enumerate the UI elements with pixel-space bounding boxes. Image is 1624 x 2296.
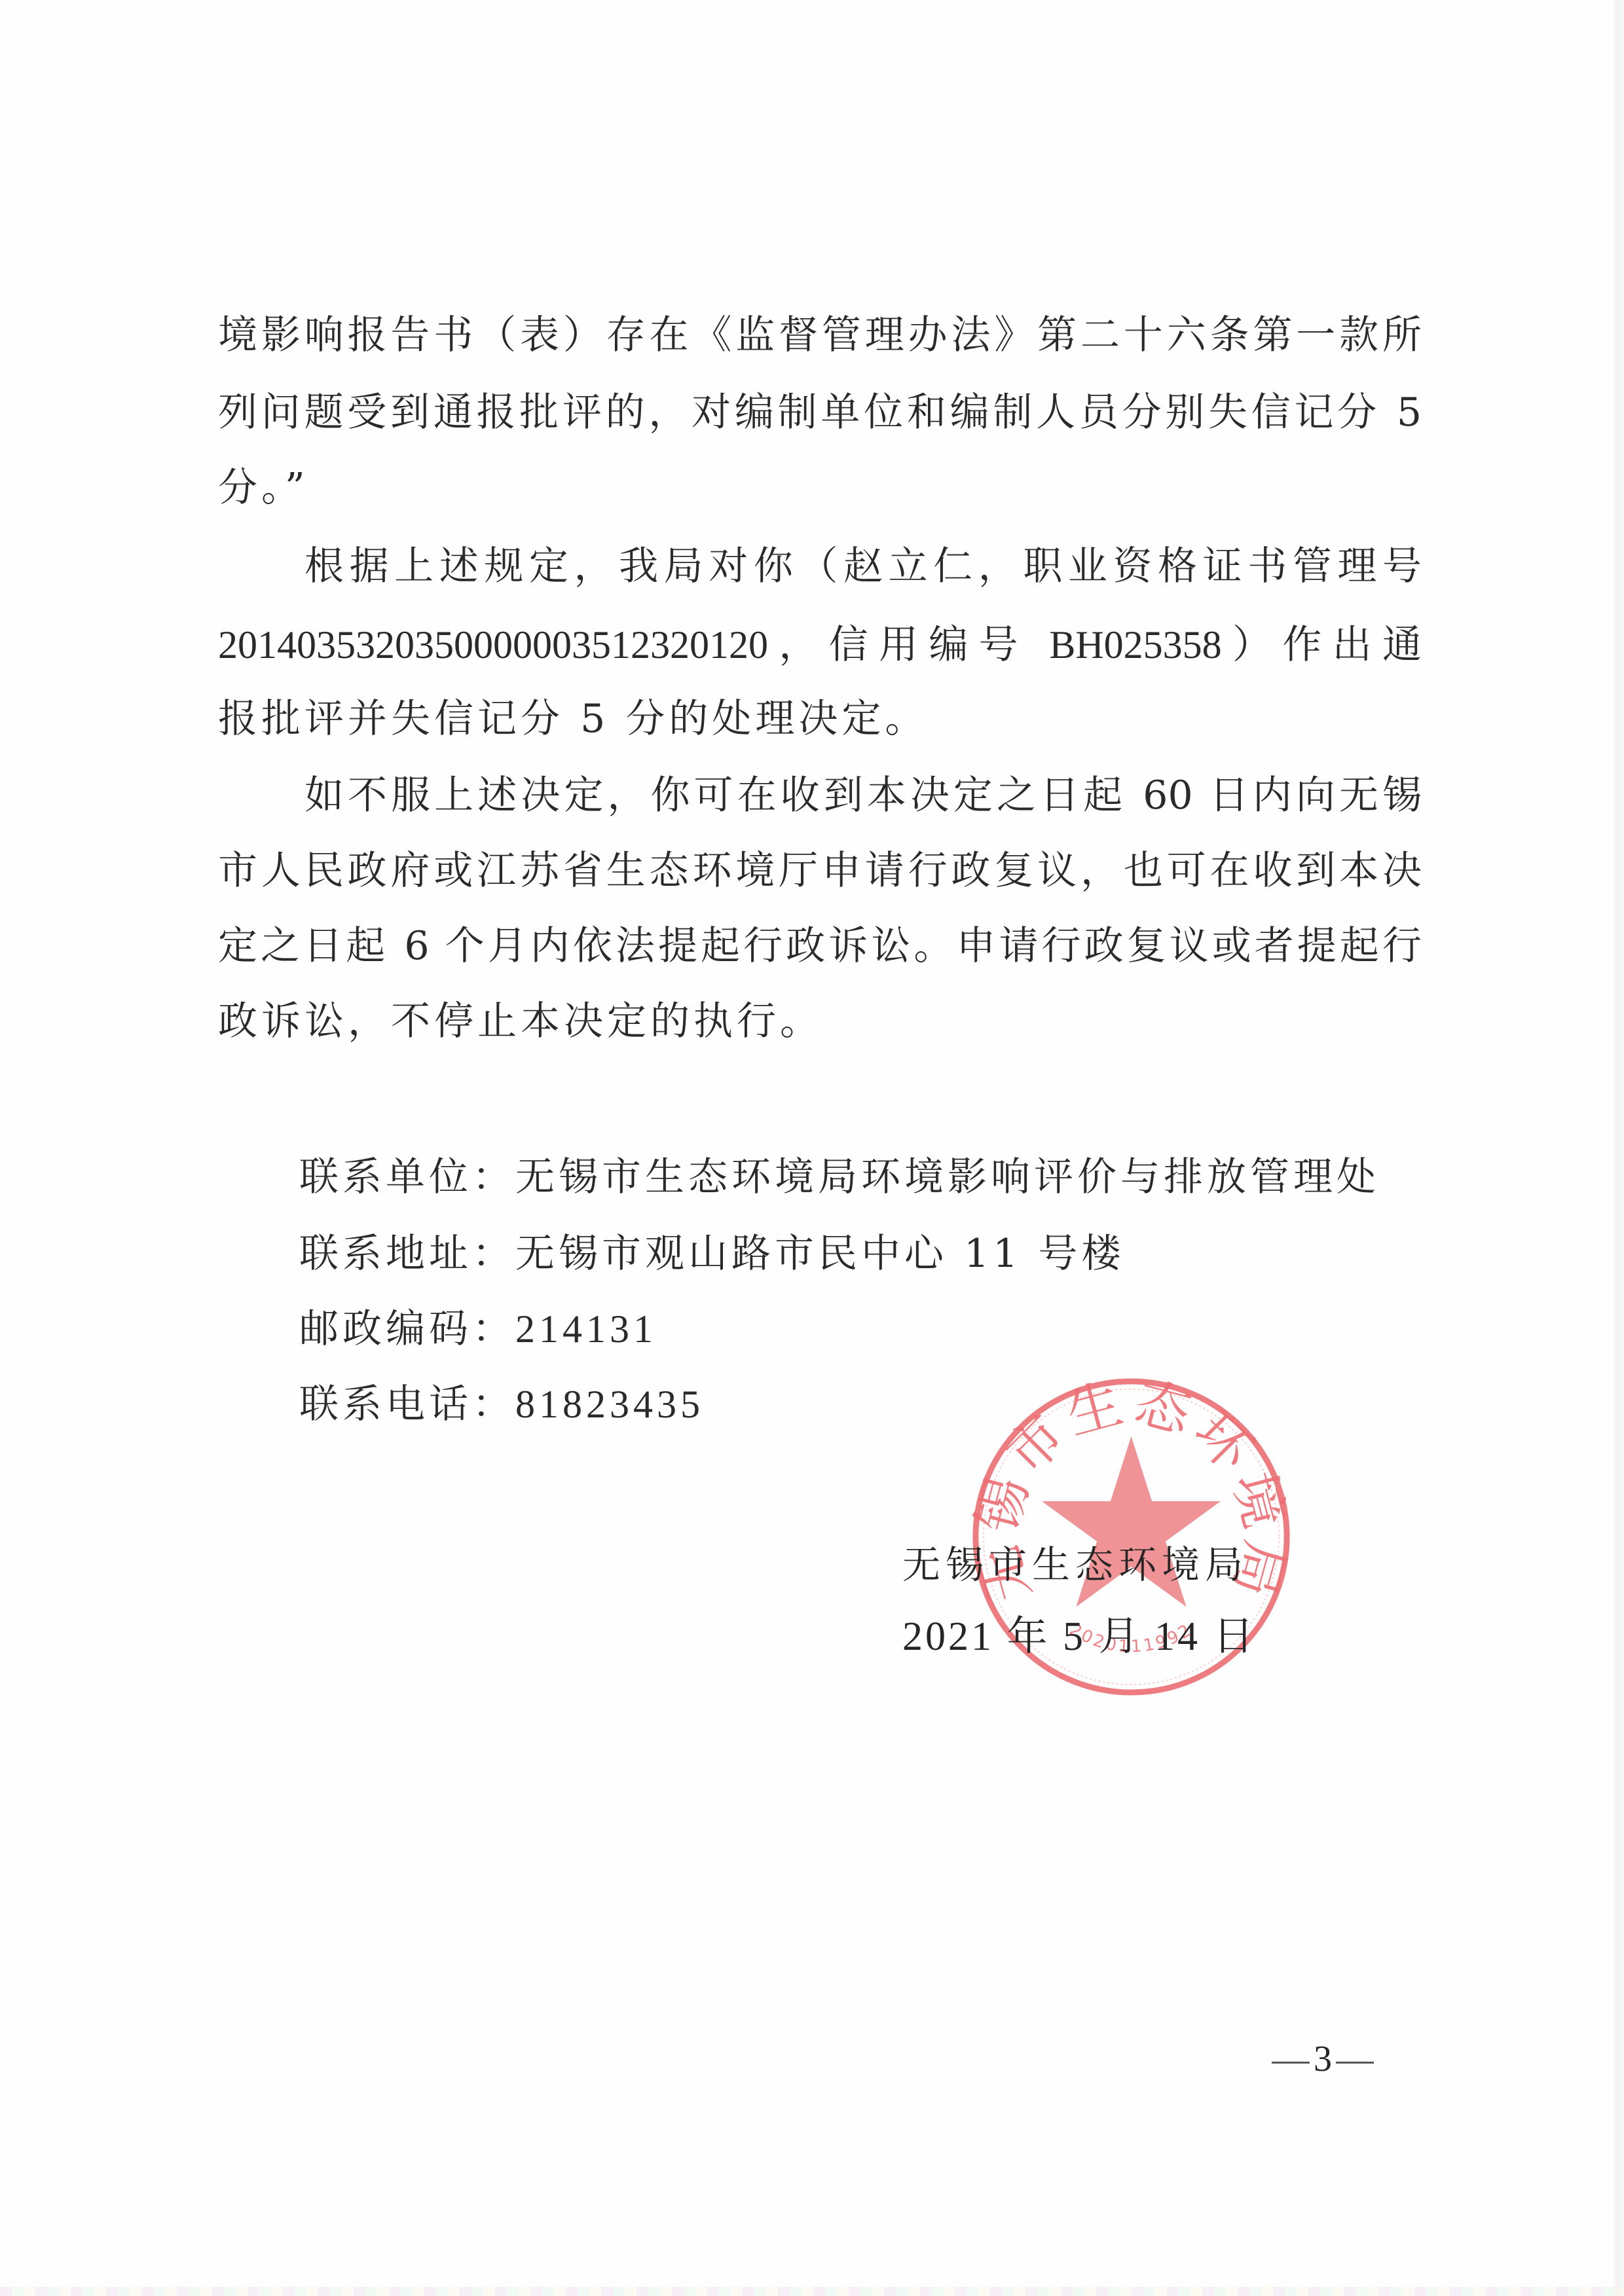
contact-address: 联系地址：无锡市观山路市民中心 11 号楼 [299, 1228, 1125, 1280]
contact-address-value: 无锡市观山路市民中心 11 号楼 [515, 1228, 1125, 1280]
body-line-6: 报批评并失信记分 5 分的处理决定。 [218, 693, 1422, 745]
issue-date: 2021 年 5 月 14 日 [902, 1611, 1257, 1663]
contact-phone-label: 联系电话： [299, 1378, 515, 1430]
contact-phone-value: 81823435 [515, 1378, 704, 1430]
body-line-5-certificate-number: 2014035320350000003512320120，信用编号 BH0253… [218, 619, 1422, 671]
contact-unit-value: 无锡市生态环境局环境影响评价与排放管理处 [515, 1151, 1380, 1203]
body-line-4: 根据上述规定，我局对你（赵立仁，职业资格证书管理号 [304, 540, 1422, 592]
body-line-7: 如不服上述决定，你可在收到本决定之日起 60 日内向无锡 [304, 769, 1422, 822]
contact-postcode: 邮政编码：214131 [299, 1303, 657, 1355]
document-page: 境影响报告书（表）存在《监督管理办法》第二十六条第一款所 列问题受到通报批评的，… [0, 0, 1624, 2296]
body-line-10: 政诉讼，不停止本决定的执行。 [218, 995, 1422, 1048]
dash-right [1336, 2062, 1374, 2064]
contact-address-label: 联系地址： [299, 1228, 515, 1280]
contact-postcode-label: 邮政编码： [299, 1303, 515, 1355]
body-line-1: 境影响报告书（表）存在《监督管理办法》第二十六条第一款所 [218, 309, 1422, 361]
contact-postcode-value: 214131 [515, 1303, 657, 1355]
page-number-value: 3 [1314, 2039, 1332, 2079]
contact-unit: 联系单位：无锡市生态环境局环境影响评价与排放管理处 [299, 1151, 1380, 1203]
body-line-2: 列问题受到通报批评的，对编制单位和编制人员分别失信记分 5 [218, 386, 1422, 439]
scan-edge-artifact [1612, 0, 1624, 2296]
dash-left [1272, 2062, 1310, 2064]
page-number: 3 [1268, 2036, 1378, 2082]
body-line-8: 市人民政府或江苏省生态环境厅申请行政复议，也可在收到本决 [218, 845, 1422, 897]
body-line-3: 分。” [218, 462, 1422, 514]
scan-edge-artifact-bottom [0, 2287, 1624, 2296]
contact-unit-label: 联系单位： [299, 1151, 515, 1203]
issuer-name: 无锡市生态环境局 [902, 1539, 1248, 1591]
body-line-9: 定之日起 6 个月内依法提起行政诉讼。申请行政复议或者提起行 [218, 920, 1422, 972]
contact-phone: 联系电话：81823435 [299, 1378, 704, 1430]
